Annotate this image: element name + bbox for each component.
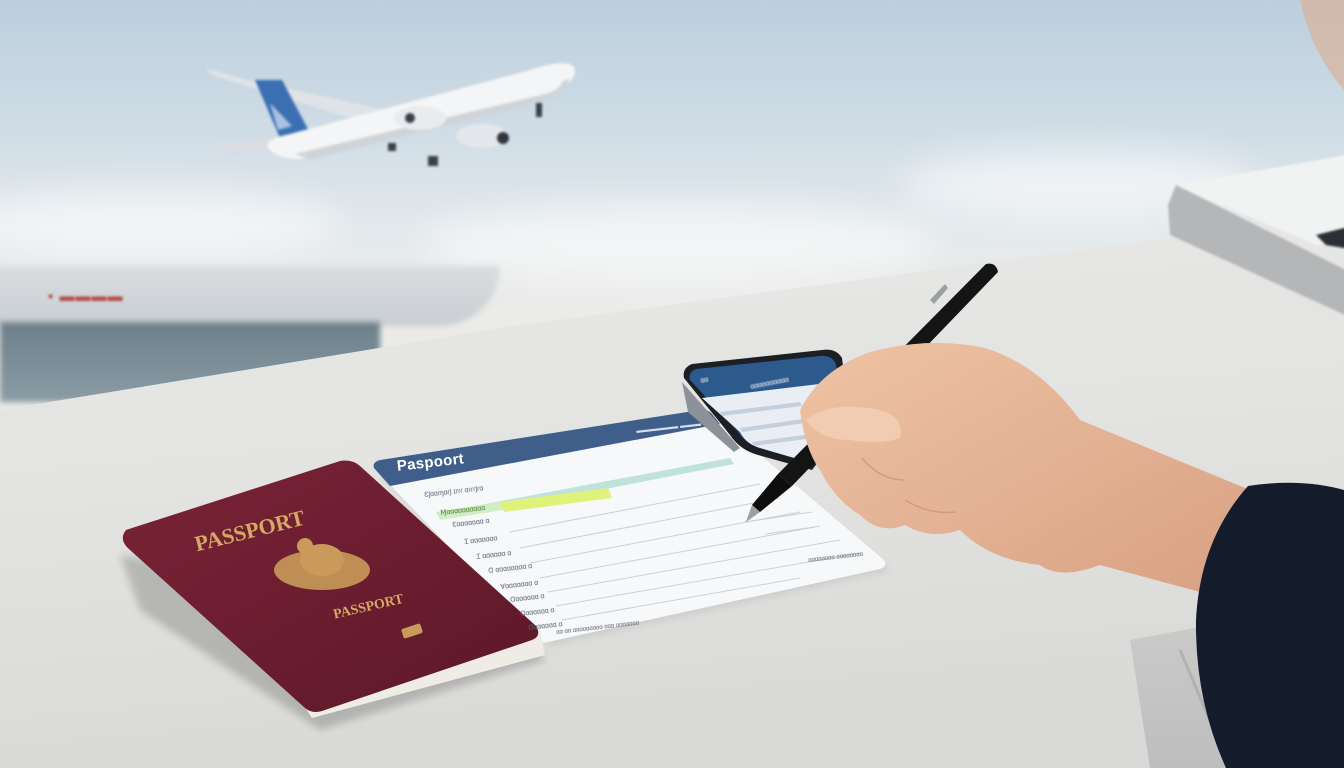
document-layer xyxy=(0,0,1344,768)
photo-scene: ▪ ▬▬▬▬ xyxy=(0,0,1344,768)
phone-status: ɑɑ xyxy=(700,377,709,385)
